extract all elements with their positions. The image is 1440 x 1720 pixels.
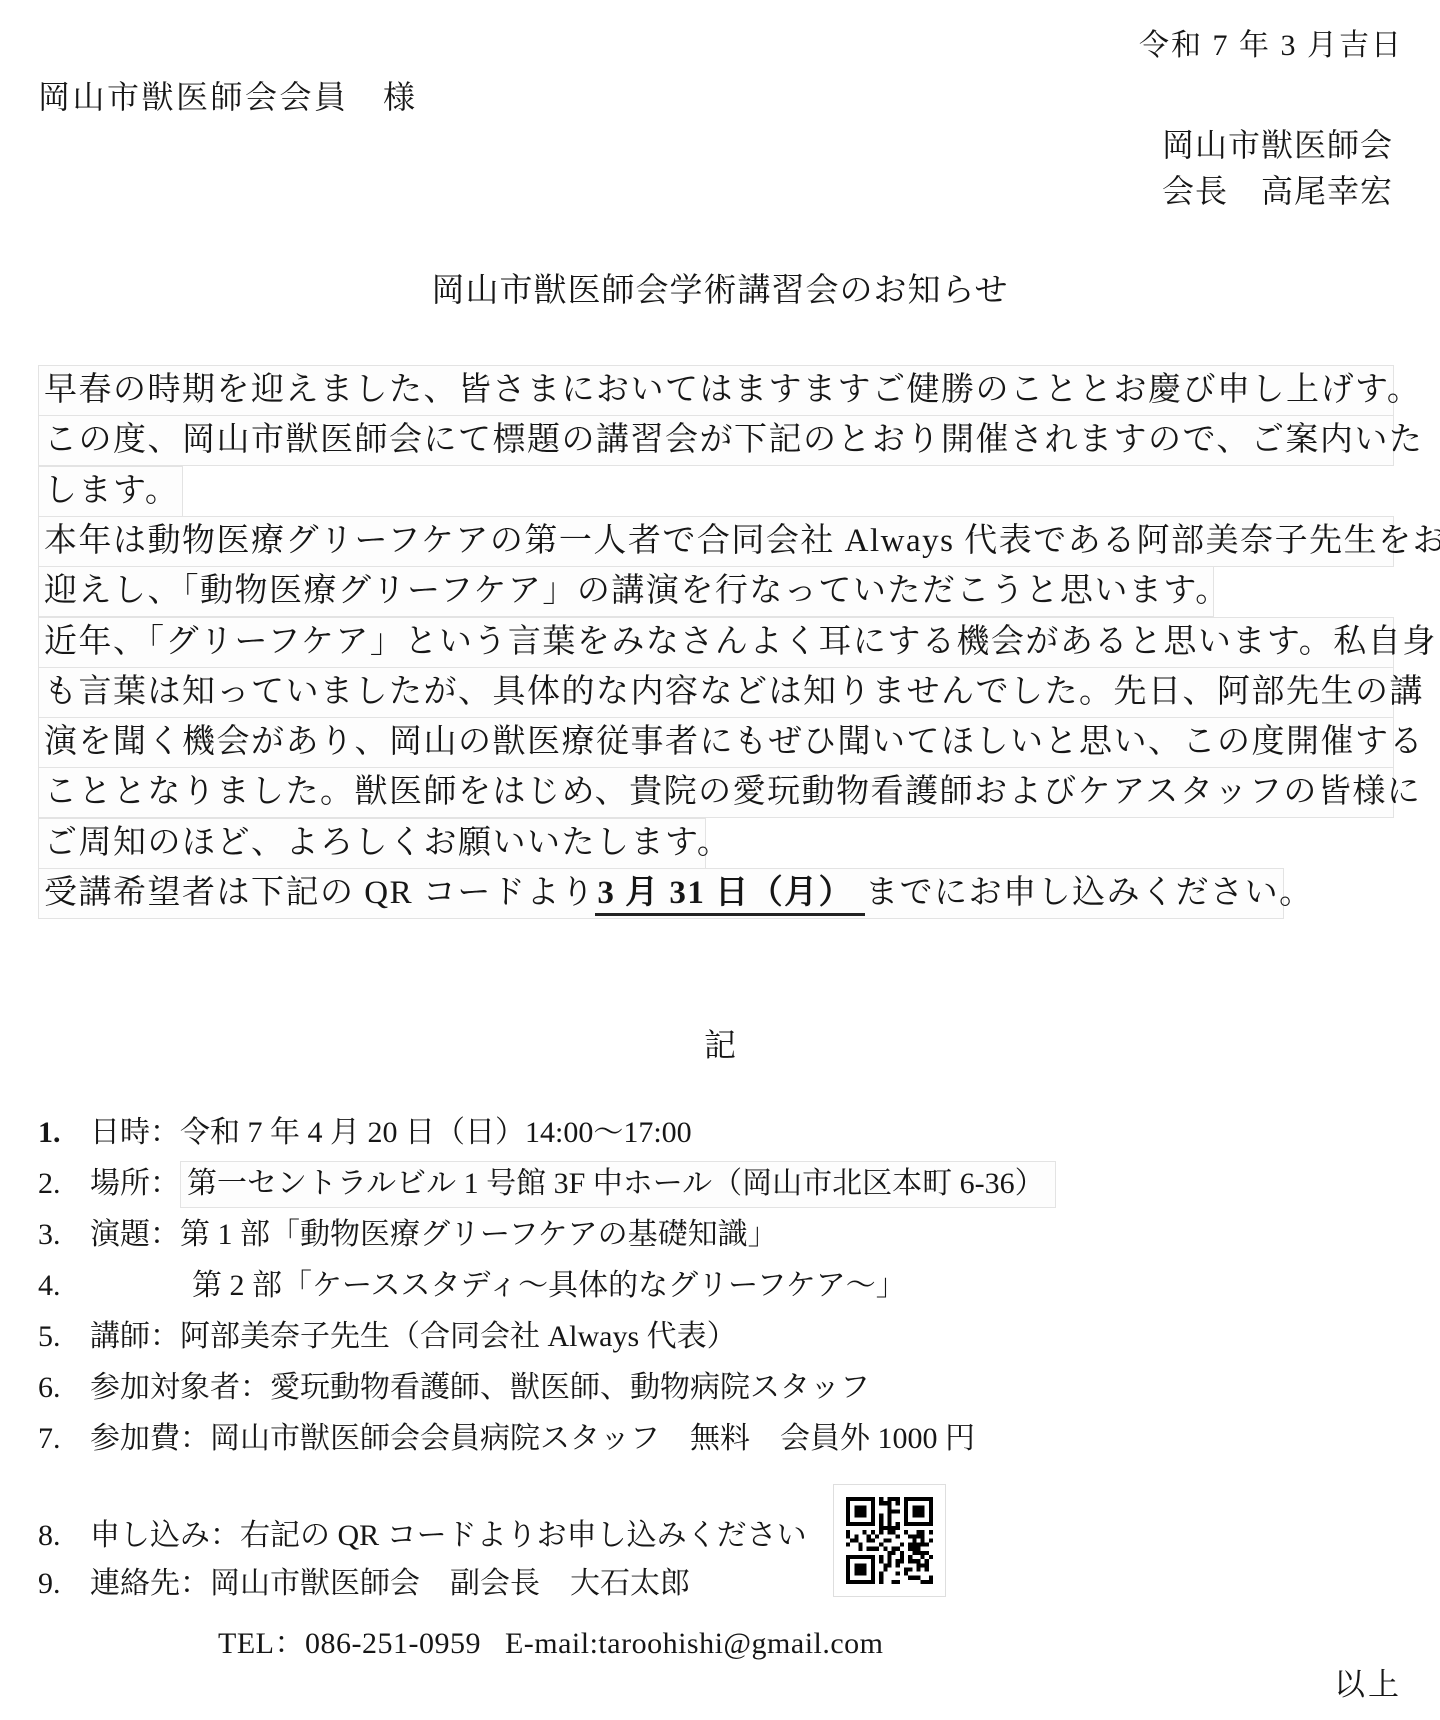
body-line: 早春の時期を迎えました、皆さまにおいてはますますご健勝のこととお慶び申し上げす。 bbox=[38, 365, 1394, 416]
item-number: 4. bbox=[38, 1267, 90, 1305]
section-marker: 記 bbox=[0, 1020, 1440, 1066]
recipient-line: 岡山市獣医師会会員 様 bbox=[38, 72, 418, 118]
item-text: 参加費：岡山市獣医師会会員病院スタッフ 無料 会員外 1000 円 bbox=[90, 1422, 975, 1455]
body-line: ご周知のほど、よろしくお願いいたします。 bbox=[38, 818, 706, 869]
list-item-2: 2.場所：第一セントラルビル 1 号館 3F 中ホール（岡山市北区本町 6-36… bbox=[38, 1165, 1056, 1203]
body-line: こととなりました。獣医師をはじめ、貴院の愛玩動物看護師およびケアスタッフの皆様に bbox=[38, 767, 1394, 818]
list-item-4: 4.第 2 部「ケーススタディ～具体的なグリーフケア～」 bbox=[38, 1267, 906, 1305]
page: { "colors": { "text": "#161616", "line_b… bbox=[0, 0, 1440, 1720]
item-number: 6. bbox=[38, 1369, 90, 1407]
item-text: 参加対象者：愛玩動物看護師、獣医師、動物病院スタッフ bbox=[90, 1371, 870, 1404]
list-item-3: 3.演題：第 1 部「動物医療グリーフケアの基礎知識」 bbox=[38, 1216, 778, 1254]
item-text: 申し込み：右記の QR コードよりお申し込みください bbox=[90, 1519, 807, 1552]
body-line-deadline: 受講希望者は下記の QR コードより3 月 31 日（月）までにお申し込みくださ… bbox=[38, 868, 1284, 919]
item-number: 5. bbox=[38, 1318, 90, 1356]
sender-person: 会長 高尾幸宏 bbox=[1162, 166, 1393, 212]
body-line: 演を聞く機会があり、岡山の獣医療従事者にもぜひ聞いてほしいと思い、この度開催する bbox=[38, 717, 1394, 768]
deadline-post-text: までにお申し込みください。 bbox=[865, 875, 1314, 911]
list-item-1: 1.日時：令和 7 年 4 月 20 日（日）14:00～17:00 bbox=[38, 1114, 692, 1152]
list-item-7: 7.参加費：岡山市獣医師会会員病院スタッフ 無料 会員外 1000 円 bbox=[38, 1420, 975, 1458]
item-text: 演題：第 1 部「動物医療グリーフケアの基礎知識」 bbox=[90, 1218, 778, 1251]
list-item-6: 6.参加対象者：愛玩動物看護師、獣医師、動物病院スタッフ bbox=[38, 1369, 870, 1407]
qr-code-box bbox=[833, 1484, 946, 1597]
deadline-date: 3 月 31 日（月） bbox=[595, 875, 865, 916]
deadline-pre-text: 受講希望者は下記の QR コードより bbox=[44, 875, 595, 911]
item-text: 講師：阿部美奈子先生（合同会社 Always 代表） bbox=[90, 1320, 737, 1353]
item-text: 日時：令和 7 年 4 月 20 日（日）14:00～17:00 bbox=[90, 1116, 692, 1149]
body-line: 近年、「グリーフケア」という言葉をみなさんよく耳にする機会があると思います。私自… bbox=[38, 617, 1394, 668]
closing-marker: 以上 bbox=[1334, 1659, 1402, 1704]
sender-org: 岡山市獣医師会 bbox=[1162, 120, 1393, 166]
item-text: 連絡先：岡山市獣医師会 副会長 大石太郎 bbox=[90, 1567, 690, 1600]
date-line: 令和 7 年 3 月吉日 bbox=[1139, 20, 1403, 64]
venue-highlight-box: 第一セントラルビル 1 号館 3F 中ホール（岡山市北区本町 6-36） bbox=[180, 1161, 1056, 1208]
item-text: 場所： bbox=[90, 1167, 180, 1200]
body-line: この度、岡山市獣医師会にて標題の講習会が下記のとおり開催されますので、ご案内いた bbox=[38, 415, 1394, 466]
item-number: 3. bbox=[38, 1216, 90, 1254]
qr-code-image bbox=[846, 1497, 933, 1584]
body-line: 本年は動物医療グリーフケアの第一人者で合同会社 Always 代表である阿部美奈… bbox=[38, 516, 1394, 567]
document-title: 岡山市獣医師会学術講習会のお知らせ bbox=[0, 264, 1440, 311]
item-text: 第 2 部「ケーススタディ～具体的なグリーフケア～」 bbox=[90, 1269, 906, 1302]
list-item-9: 9.連絡先：岡山市獣医師会 副会長 大石太郎 bbox=[38, 1565, 690, 1603]
item-number: 8. bbox=[38, 1517, 90, 1555]
contact-line: TEL：086-251-0959 E-mail:taroohishi@gmail… bbox=[218, 1618, 884, 1662]
body-line: します。 bbox=[38, 466, 183, 517]
item-number: 7. bbox=[38, 1420, 90, 1458]
item-number: 9. bbox=[38, 1565, 90, 1603]
item-number: 1. bbox=[38, 1114, 90, 1152]
body-line: 迎えし、「動物医療グリーフケア」の講演を行なっていただこうと思います。 bbox=[38, 566, 1214, 617]
body-line: も言葉は知っていましたが、具体的な内容などは知りませんでした。先日、阿部先生の講 bbox=[38, 667, 1394, 718]
item-number: 2. bbox=[38, 1165, 90, 1203]
list-item-8: 8.申し込み：右記の QR コードよりお申し込みください bbox=[38, 1517, 807, 1555]
list-item-5: 5.講師：阿部美奈子先生（合同会社 Always 代表） bbox=[38, 1318, 737, 1356]
